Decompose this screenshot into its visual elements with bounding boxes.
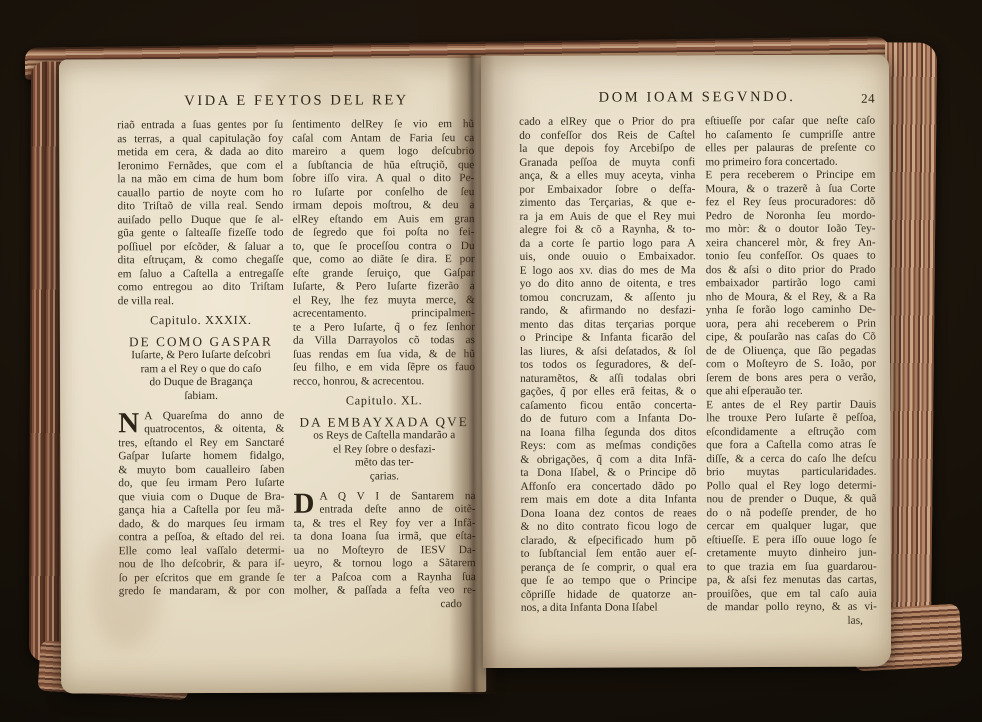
text-line: ſerem de bons ares pera o verão, — [706, 371, 876, 385]
right-page-text-area: DOM IOAM SEGVNDO. 24 cado a elRey que o … — [519, 89, 877, 629]
text-line: dado, & do marques ſeu irmam — [119, 517, 285, 531]
text-line: poſſiuel por eſcõder, & ſaluar a — [118, 240, 284, 254]
catchword: las, — [707, 614, 877, 628]
right-page: DOM IOAM SEGVNDO. 24 cado a elRey que o … — [481, 55, 891, 668]
text-line: dito Triſtaõ de villa real. Sendo — [117, 200, 283, 214]
left-page-column-1: riaõ entrada a ſuas gentes por ſuas terr… — [117, 119, 285, 613]
left-page: VIDA E FEYTOS DEL REY riaõ entrada a ſua… — [59, 58, 486, 693]
text-line: te a Pero Iuſarte, q̃ o fez ſenhor — [293, 321, 475, 335]
text-line: pa, & aſsi fez menutas das cartas, — [707, 574, 877, 588]
text-line: gredo ſe mandaram, & por con — [119, 585, 285, 599]
text-line: tres, eſtando el Rey em Sanctaré — [118, 436, 284, 450]
text-line: ho caſamento ſe cumpriſſe antre — [705, 128, 875, 142]
text-line: E pera receberem o Principe em — [705, 169, 875, 183]
text-line: las, — [707, 614, 877, 628]
text-line: as terras, a qual capitulação foy — [117, 132, 283, 146]
text-line: fez el Rey ſeus procuradores: dõ — [705, 196, 875, 210]
text-line: nou de lho deſcobrir, & para iſ- — [119, 558, 285, 572]
paragraph-end-line: que ahi eſperauão ter. — [706, 385, 876, 399]
text-line: ſuas rendas em ſua vida, & de hũ — [293, 348, 475, 362]
text-line: mento das ditas terçarias porque — [520, 318, 696, 332]
text-line: ta Dona Iſabel, & o Principe dõ — [520, 466, 696, 480]
text-line: da Villa Darrayolos cõ todas as — [293, 334, 475, 348]
text-line: Granada peſſoa de muyta confi — [519, 156, 695, 170]
text-line: ſentimento delRey ſe vio em hũ — [292, 118, 474, 132]
drop-cap-letter: N — [118, 410, 144, 436]
text-line: ua no Moſteyro de IESV Da- — [294, 544, 476, 558]
text-line: a ſubſtancia de hũa eſtruçiõ, que — [292, 159, 474, 173]
text-line: ta, & tres el Rey foy ver a Infã- — [294, 517, 476, 531]
text-line: & obrigações, q̃ com a dita Infã- — [520, 453, 696, 467]
text-line: metida em cera, & dada ao dito — [117, 146, 283, 160]
text-line: elRey eſtando em Auis em gran — [292, 213, 474, 227]
text-line: tonio ſeu confeſſor. Os quaes to — [706, 250, 876, 264]
text-line: caſal com Antam de Faria ſeu ca — [292, 132, 474, 146]
left-page-text-area: VIDA E FEYTOS DEL REY riaõ entrada a ſua… — [117, 92, 478, 612]
right-page-columns: cado a elRey que o Prior do prado confeſ… — [519, 115, 877, 629]
text-line: que ſe ao tempo que o Principe — [521, 574, 697, 588]
text-line: las liures, & aſsi deſatados, & ſol — [520, 345, 696, 359]
text-line: ta dona Ioana ſua irmã, que eſta- — [294, 530, 476, 544]
text-line: clarado, & eſpecificado hum põ — [521, 534, 697, 548]
text-line: Iuſarte, & Pero Iuſarte deſcobri — [118, 349, 284, 363]
text-line: Capitulo. XXXIX. — [118, 314, 284, 328]
left-running-title: VIDA E FEYTOS DEL REY — [117, 92, 476, 110]
text-line: el Rey, lhe fez muyta merce, & — [293, 294, 475, 308]
text-line: com o Moſteyro de S. Ioão, por — [706, 358, 876, 372]
left-page-column-2: ſentimento delRey ſe vio em hũcaſal com … — [292, 118, 476, 612]
text-line: do, que ſeu irmam Pero Iuſarte — [118, 477, 284, 491]
left-page-columns: riaõ entrada a ſuas gentes por ſuas terr… — [117, 118, 478, 612]
text-line: la na mão em cima de hum bom — [117, 173, 283, 187]
centered-lines: Iuſarte, & Pero Iuſarte deſcobriram a el… — [118, 349, 284, 404]
text-line: ueyro, & tornou logo a Sãtarem — [294, 557, 476, 571]
text-line: Pollo qual el Rey logo determi- — [706, 479, 876, 493]
text-line: DA EMBAYXADA QVE — [293, 414, 475, 430]
text-line: mo primeiro fora concertado. — [705, 155, 875, 169]
text-line: ynha ſe forão logo caminho De- — [706, 304, 876, 318]
text-line: de ſegredo que foi poſta no fei- — [293, 226, 475, 240]
text-line: na Ioana filha ſegunda dos ditos — [520, 426, 696, 440]
text-line: yo do dito anno de oitenta, e tres — [520, 277, 696, 291]
paragraph-end-line: de villa real. — [118, 294, 284, 308]
text-line: Ieronimo Fernãdes, que com el — [117, 159, 283, 173]
text-line: contra a peſſoa, & eſtado del rei. — [119, 531, 285, 545]
text-line: ança, & a elles muy aceyta, vinha — [519, 169, 695, 183]
text-line: da a corte ſe partio logo para A — [520, 237, 696, 251]
paragraph-end-line: nos, a dita Infanta Dona Iſabel — [521, 601, 697, 615]
text-line: cipe, & pouſarão nas caſas do Cõ — [706, 331, 876, 345]
page-number: 24 — [861, 91, 875, 107]
text-line: DE COMO GASPAR — [118, 334, 284, 350]
text-line: Iuſarte, & Pero Iuſarte fizerão a — [293, 280, 475, 294]
text-line: rem mais em dote a dita Infanta — [520, 493, 696, 507]
text-line: eſte grande ſeruiço, que Gaſpar — [293, 267, 475, 281]
text-line: embaixador partirão logo cami — [706, 277, 876, 291]
text-line: mẽto das ter- — [293, 456, 475, 470]
text-line: ram a el Rey o que do caſo — [118, 363, 284, 377]
paragraph-lines: eſtiueſſe por caſar que neſte caſoho caſ… — [705, 115, 875, 156]
text-line: to que trazia em ſua guardarou- — [707, 560, 877, 574]
text-line: ſeu filho, e em vida ſẽpre os fauo — [293, 361, 475, 375]
text-line: gança hia a Caſtella por ſeu mã- — [118, 504, 284, 518]
text-line: lhe trouxe Pero Iuſarte ẽ peſſoa, — [706, 412, 876, 426]
text-line: Pedro de Noronha ſeu mordo- — [705, 209, 875, 223]
text-line: que ahi eſperauão ter. — [706, 385, 876, 399]
text-line: caſamento ficou então concerta- — [520, 399, 696, 413]
paragraph-lines: ſentimento delRey ſe vio em hũcaſal com … — [292, 118, 475, 375]
text-line: & muyto bom caualleiro ſaben — [118, 463, 284, 477]
text-line: ter a Paſcoa com a Raynha ſua — [294, 571, 476, 585]
text-line: do confeſſor dos Reis de Caſtel — [519, 129, 695, 143]
text-line: cõpriſſe hidade de quatorze an- — [521, 588, 697, 602]
text-line: brio muytas particularidades. — [706, 466, 876, 480]
text-line: ſobre iſſo vira. A qual o dito Pe- — [292, 172, 474, 186]
text-line: de mandar pollo reyno, & as vi- — [707, 601, 877, 615]
text-line: E logo aos xv. dias do mes de Ma — [520, 264, 696, 278]
paragraph-lines: cado a elRey que o Prior do prado confeſ… — [519, 115, 697, 602]
text-line: Reys: com as meſmas condições — [520, 439, 696, 453]
text-line: gações, q̃ por elles erã feitas, & o — [520, 385, 696, 399]
text-line: cercar em qualquer lugar, que — [707, 520, 877, 534]
text-line: A Q V I de Santarem na — [293, 490, 475, 504]
text-line: nos, a dita Infanta Dona Iſabel — [521, 601, 697, 615]
text-line: tomou concruzam, & aſſento ju — [520, 291, 696, 305]
paragraph-with-dropcap: NA Quareſma do anno dequatrocentos, & oi… — [118, 409, 285, 599]
centered-lines: Capitulo. XL. — [293, 394, 475, 408]
right-running-title-text: DOM IOAM SEGVNDO. — [599, 89, 796, 106]
text-line: eſtiueſſe. E pera iſſo ouue logo ſe — [707, 533, 877, 547]
text-line: tos todos os ſeguradores, & deſ- — [520, 358, 696, 372]
paragraph-lines: riaõ entrada a ſuas gentes por ſuas terr… — [117, 119, 284, 295]
right-page-column-2: eſtiueſſe por caſar que neſte caſoho caſ… — [705, 115, 877, 629]
photograph-background: VIDA E FEYTOS DEL REY riaõ entrada a ſua… — [0, 0, 982, 722]
paragraph-lines: E antes de el Rey partir Dauislhe trouxe… — [706, 398, 877, 615]
text-line: auiſado pello Duque que ſe al- — [117, 213, 283, 227]
drop-cap-letter: D — [293, 490, 319, 516]
text-line: prouiſões, que em tal caſo auia — [707, 587, 877, 601]
text-line: Capitulo. XL. — [293, 394, 475, 408]
text-line: ro Iuſarte por conſelho de ſeu — [292, 186, 474, 200]
centered-lines: Capitulo. XXXIX. — [118, 314, 284, 328]
text-line: irmam depois moſtrou, & deu a — [292, 199, 474, 213]
text-line: çarias. — [293, 470, 475, 484]
text-line: que fora a Caſtella como atras ſe — [706, 439, 876, 453]
text-line: riaõ entrada a ſuas gentes por ſu — [117, 119, 283, 133]
text-line: em ſaluo a Caſtella a entregaſſe — [118, 267, 284, 281]
text-line: dita eſtruçam, & como chegaſſe — [118, 254, 284, 268]
text-line: nou de prender o Duque, & quã — [706, 493, 876, 507]
text-line: de villa real. — [118, 294, 284, 308]
text-line: la que depois foy Arcebiſpo de — [519, 142, 695, 156]
text-line: naturamẽtos, & aſſi todalas obri — [520, 372, 696, 386]
paragraph-lines: E pera receberem o Principe emMoura, & o… — [705, 169, 876, 386]
text-line: & no dito contrato ficou logo de — [521, 520, 697, 534]
text-line: que, como ao diãte ſe dira. E por — [293, 253, 475, 267]
text-line: Affonſo era concertado dãdo po — [520, 480, 696, 494]
open-book: VIDA E FEYTOS DEL REY riaõ entrada a ſua… — [0, 0, 982, 722]
text-line: el Rey ſobre o desfazi- — [293, 443, 475, 457]
text-line: como entregou ao dito Triſtam — [118, 281, 284, 295]
text-line: que viuia com o Duque de Bra- — [118, 490, 284, 504]
text-line: o Principe & Infanta ficarão del — [520, 331, 696, 345]
paragraph-end-line: mo primeiro fora concertado. — [705, 155, 875, 169]
centered-lines: os Reys de Caſtella mandarão ael Rey ſob… — [293, 429, 475, 484]
text-line: xeira chancerel mòr, & frey An- — [706, 236, 876, 250]
text-line: E antes de el Rey partir Dauis — [706, 398, 876, 412]
text-line: rando, & afirmando no desfazi- — [520, 304, 696, 318]
text-line: uis, onde ouuio o Embaixador. — [520, 250, 696, 264]
text-line: recco, honrou, & acrecentou. — [293, 375, 475, 389]
text-line: molher, & paſſada a feſta veo re- — [294, 584, 476, 598]
text-line: to ſubſtancial ſem então auer eſ- — [521, 547, 697, 561]
text-line: gũa gente o ſalteaſſe fizeſſe todo — [118, 227, 284, 241]
text-line: Moura, & o trazerẽ à ſua Corte — [705, 182, 875, 196]
text-line: Dona Ioana dez contos de reaes — [521, 507, 697, 521]
text-line: os Reys de Caſtella mandarão a — [293, 429, 475, 443]
text-line: eſcondidamente a eſtrução com — [706, 425, 876, 439]
paragraph-with-dropcap: DA Q V I de Santarem naentrada deſte ann… — [293, 490, 475, 599]
text-line: Gaſpar Iuſarte homem fidalgo, — [118, 450, 284, 464]
text-line: cretamente muyto dinheiro jun- — [707, 547, 877, 561]
text-line: cauallo partio de noyte com ho — [117, 186, 283, 200]
text-line: do Duque de Bragança — [118, 376, 284, 390]
text-line: Elle como leal vaſſalo determi- — [119, 544, 285, 558]
text-line: elles per palauras de preſente co — [705, 142, 875, 156]
text-line: dos & aſsi o dito prior do Prado — [706, 263, 876, 277]
text-line: eſtiueſſe por caſar que neſte caſo — [705, 115, 875, 129]
text-line: ſo per eſcritos que em grande ſe — [119, 571, 285, 585]
text-line: do de futuro com a Infanta Do- — [520, 412, 696, 426]
text-line: ra ja em Auis de que el Rey mui — [519, 210, 695, 224]
text-line: uora, pera ahi receberem o Prin — [706, 317, 876, 331]
text-line: cado a elRey que o Prior do pra — [519, 115, 695, 129]
text-line: alegre foi & cõ a Raynha, & to- — [520, 223, 696, 237]
section-heading: DE COMO GASPAR — [118, 334, 284, 350]
text-line: mo mòr: & o doutor Ioão Tey- — [706, 223, 876, 237]
catchword: cado — [294, 598, 476, 612]
text-line: diſſe, & a cerca do caſo lhe deſcu — [706, 452, 876, 466]
paragraph-end-line: recco, honrou, & acrecentou. — [293, 375, 475, 389]
text-line: cado — [294, 598, 476, 612]
right-running-title: DOM IOAM SEGVNDO. 24 — [519, 89, 875, 107]
right-page-column-1: cado a elRey que o Prior do prado confeſ… — [519, 115, 697, 629]
text-line: nho de Moura, & el Rey, & a Ra — [706, 290, 876, 304]
text-line: to, que ſe proceſſou contra o Du — [293, 240, 475, 254]
text-line: do o nã podeſſe prender, de ho — [707, 506, 877, 520]
text-line: acrecentamento. principalmen- — [293, 307, 475, 321]
text-line: perança de ſe comprir, o qual era — [521, 561, 697, 575]
text-line: mareiro a quem logo deſcubrio — [292, 145, 474, 159]
text-line: ſabiam. — [118, 390, 284, 404]
section-heading: DA EMBAYXADA QVE — [293, 414, 475, 430]
text-line: de de Oliuença, que ſão pegadas — [706, 344, 876, 358]
text-line: zimento das Terçarias, & que e- — [519, 196, 695, 210]
text-line: entrada deſte anno de oitẽ- — [293, 503, 475, 517]
text-line: por Embaixador ſobre o deſfa- — [519, 183, 695, 197]
